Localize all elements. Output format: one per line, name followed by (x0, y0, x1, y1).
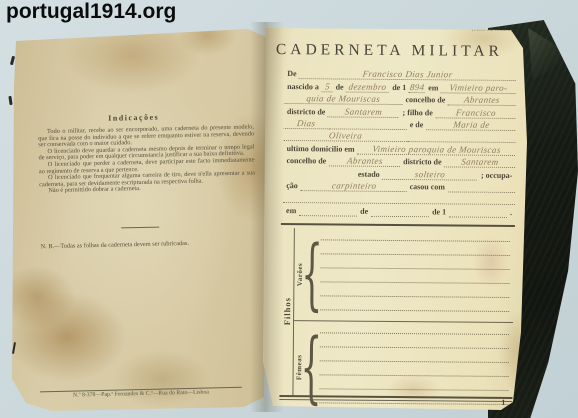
form-line: quia de Mouriscasconcelho deAbrantes (284, 92, 516, 106)
dotted-line (321, 267, 510, 270)
handwritten-value: carpinteiro (300, 180, 407, 192)
printed-label: ; filho de (400, 108, 436, 118)
form-line: çãocarpinteirocasou com (283, 179, 515, 193)
printed-label: de (357, 206, 371, 216)
form-line: nascido a5dedezembrode 1894emVimieiro pa… (284, 79, 516, 93)
printed-label: nascido a (284, 82, 322, 92)
handwritten-value: Maria de (426, 119, 516, 131)
form-line: Oliveira (284, 129, 516, 143)
dotted-line (319, 388, 508, 391)
printed-label: concelho de (402, 95, 448, 105)
identity-form: DeFrancisco Dias Juniornascido a5dedezem… (283, 67, 516, 218)
printed-label: de 1 (429, 207, 449, 217)
children-label: Filhos (282, 297, 292, 325)
blank-field (371, 205, 429, 217)
printed-label: de (333, 82, 347, 92)
printed-label: districto de (284, 107, 329, 117)
indications-text: Todo o militar, recebe ao ser encorporad… (38, 124, 255, 195)
divider-rule (121, 227, 159, 229)
printed-label: . (507, 208, 515, 218)
blank-field (299, 205, 357, 217)
form-line (283, 191, 515, 205)
printed-label: De (284, 69, 299, 79)
handwritten-value: Abrantes (448, 95, 516, 107)
blank-field (328, 118, 406, 130)
printed-label: estado (355, 169, 383, 179)
section-rule (281, 223, 515, 227)
dotted-line (319, 402, 508, 405)
handwritten-value: dezembro (346, 81, 390, 92)
handwritten-value: Santarem (328, 106, 400, 118)
handwritten-value: Vimieiro paroquia de Mouriscas (357, 143, 516, 155)
indications-heading: Indicações (10, 110, 258, 125)
handwritten-value: Santarem (444, 157, 516, 169)
printed-label: em (283, 206, 299, 216)
handwritten-value: Vimieiro paro- (441, 82, 516, 94)
printed-label: concelho de (283, 156, 329, 166)
right-page-content: (Sello em branco) CADERNETA MILITAR DeFr… (261, 21, 528, 411)
handwritten-value: Oliveira (284, 130, 408, 142)
photo-of-open-military-booklet: Indicações Todo o militar, recebe ao ser… (0, 0, 578, 418)
printer-imprint: N.º 8-378—Pap.ª Fernandes & C.ª—Rua do R… (40, 387, 242, 400)
nota-bene: N. B.—Todas as folhas da caderneta devem… (41, 238, 257, 250)
printed-label: ultimo domicilio em (284, 144, 358, 155)
printed-label: de 1 (389, 83, 409, 93)
handwritten-value: 5 (321, 81, 333, 92)
form-line: Diase deMaria de (284, 117, 516, 131)
children-groups: Varões{Fêmeas{ (293, 228, 513, 397)
handwritten-value: quia de Mouriscas (284, 93, 403, 105)
children-table: Filhos Varões{Fêmeas{ (279, 228, 513, 399)
brace-icon: { (309, 229, 316, 319)
dotted-line (320, 374, 509, 377)
page-title: CADERNETA MILITAR (264, 41, 514, 61)
children-group: Varões{ (294, 228, 514, 322)
form-line: concelho deAbrantesdistricto deSantarem (283, 154, 515, 168)
handwritten-value: 894 (409, 82, 426, 93)
printed-label: ção (283, 181, 301, 191)
dotted-line (320, 332, 509, 335)
printed-label: districto de (400, 157, 445, 167)
dotted-line (320, 309, 509, 312)
right-page: (Sello em branco) CADERNETA MILITAR DeFr… (263, 22, 527, 410)
handwritten-value: Dias (284, 118, 329, 129)
handwritten-value: solteiro (382, 168, 479, 180)
blank-field (407, 131, 515, 143)
blank-field (449, 206, 507, 218)
handwritten-value: Abrantes (329, 156, 401, 168)
printed-label: e de (407, 120, 427, 130)
site-watermark: portugal1914.org (6, 0, 176, 24)
form-line: DeFrancisco Dias Junior (284, 67, 516, 81)
dotted-line (321, 239, 510, 242)
form-line: districto deSantarem; filho deFrancisco (284, 104, 516, 118)
printed-label: em (425, 83, 441, 93)
form-line: emdede 1. (283, 203, 515, 217)
form-line: ultimo domicilio emVimieiro paroquia de … (284, 141, 516, 155)
dotted-line (320, 281, 509, 284)
handwritten-value: Francisco (435, 107, 516, 119)
left-page: Indicações Todo o militar, recebe ao ser… (12, 27, 268, 411)
dotted-line (320, 360, 509, 363)
dotted-line (320, 295, 509, 298)
spacer (283, 169, 355, 180)
blank-field (448, 181, 515, 193)
dotted-line (321, 253, 510, 256)
left-page-content: Indicações Todo o militar, recebe ao ser… (8, 24, 273, 414)
form-line: estadosolteiro; occupa- (283, 166, 515, 180)
dotted-line (320, 346, 509, 349)
printed-label: casou com (407, 182, 448, 192)
children-column: Filhos (279, 228, 294, 395)
entry-lines (318, 231, 514, 319)
blank-field (283, 192, 515, 205)
printed-label: ; occupa- (478, 170, 515, 180)
page-number: 1 (501, 398, 505, 407)
